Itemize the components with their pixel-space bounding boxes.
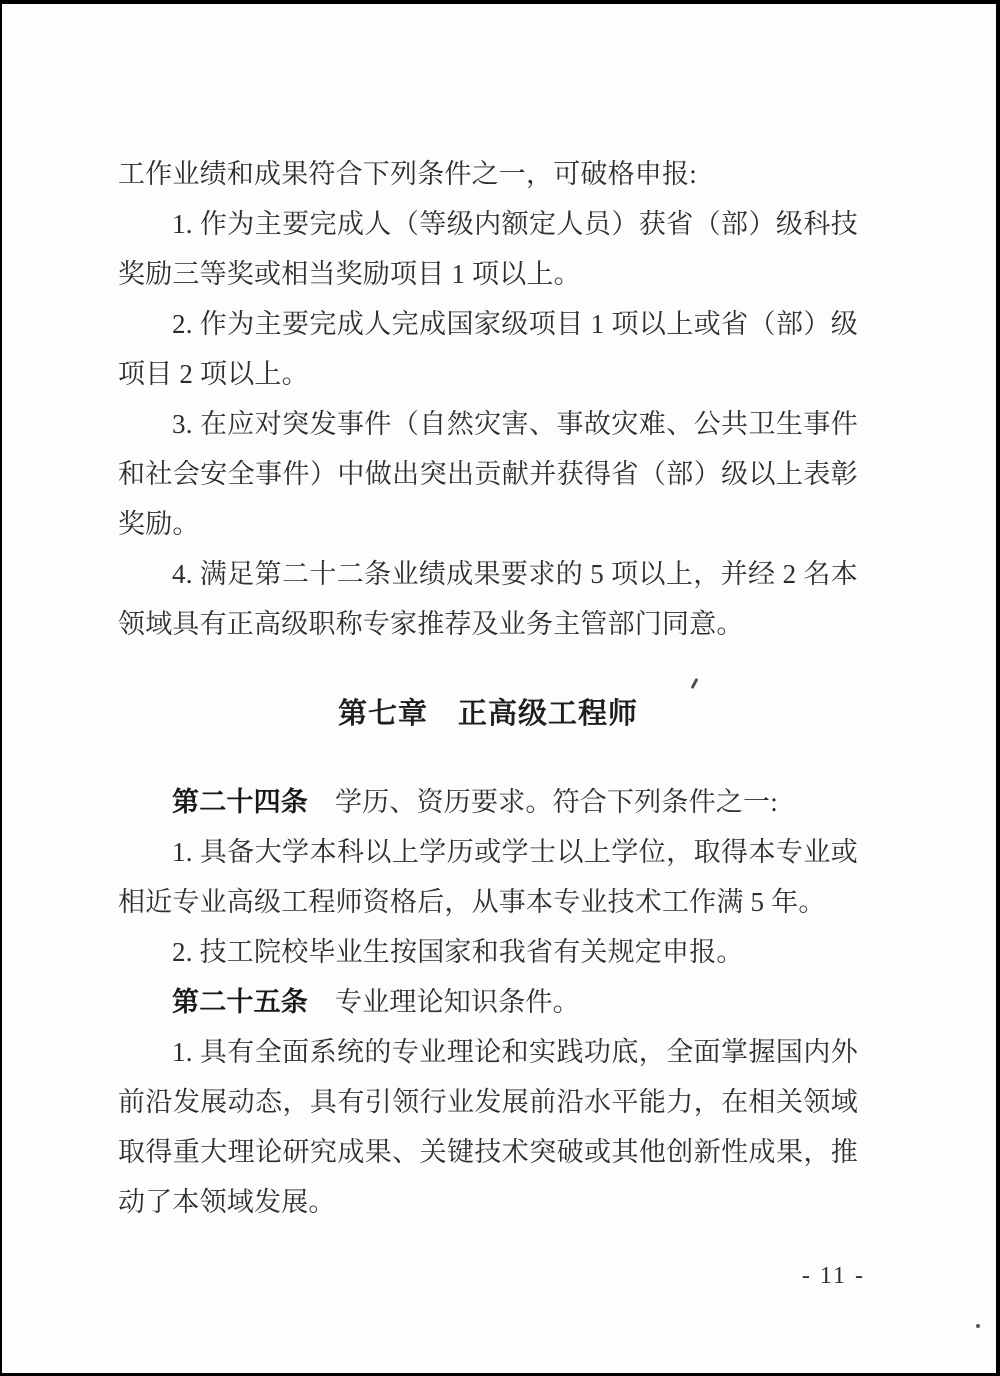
article-25-title: 专业理论知识条件。 [335, 987, 580, 1017]
scan-speck-dot [976, 1324, 980, 1328]
intro-paragraph: 工作业绩和成果符合下列条件之一，可破格申报: [118, 149, 858, 199]
scanned-document-page: 工作业绩和成果符合下列条件之一，可破格申报: 1. 作为主要完成人（等级内额定人… [0, 0, 1000, 1376]
breakthrough-item-3: 3. 在应对突发事件（自然灾害、事故灾难、公共卫生事件和社会安全事件）中做出突出… [118, 399, 858, 549]
article-24-label: 第二十四条 [172, 787, 308, 817]
chapter-heading: 第七章 正高级工程师 [118, 689, 858, 739]
article-25-item-1: 1. 具有全面系统的专业理论和实践功底，全面掌握国内外前沿发展动态，具有引领行业… [118, 1027, 858, 1227]
breakthrough-item-1: 1. 作为主要完成人（等级内额定人员）获省（部）级科技奖励三等奖或相当奖励项目 … [118, 199, 858, 299]
breakthrough-item-4: 4. 满足第二十二条业绩成果要求的 5 项以上，并经 2 名本领域具有正高级职称… [118, 549, 858, 649]
article-25-heading: 第二十五条专业理论知识条件。 [118, 977, 858, 1027]
document-text-block: 工作业绩和成果符合下列条件之一，可破格申报: 1. 作为主要完成人（等级内额定人… [118, 149, 858, 1227]
breakthrough-item-2: 2. 作为主要完成人完成国家级项目 1 项以上或省（部）级项目 2 项以上。 [118, 299, 858, 399]
article-25-label: 第二十五条 [172, 987, 308, 1017]
article-24-title: 学历、资历要求。符合下列条件之一: [335, 787, 778, 817]
page-number: - 11 - [802, 1262, 865, 1290]
article-24-item-2: 2. 技工院校毕业生按国家和我省有关规定申报。 [118, 927, 858, 977]
article-24-heading: 第二十四条学历、资历要求。符合下列条件之一: [118, 777, 858, 827]
article-24-item-1: 1. 具备大学本科以上学历或学士以上学位，取得本专业或相近专业高级工程师资格后，… [118, 827, 858, 927]
